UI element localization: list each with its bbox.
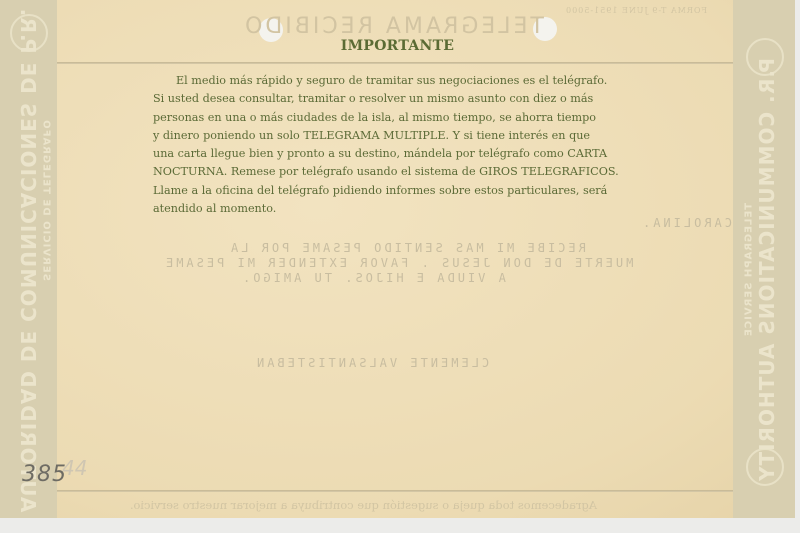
show-through-form-title: TELEGRAMA RECIBIDO — [242, 14, 544, 39]
notice-line: atendido al momento. — [153, 200, 656, 218]
show-through-message-line-1: RECIBE MI MAS SENTIDO PESAME POR LA — [228, 241, 586, 255]
left-side-band: AUTORIDAD DE COMUNICACIONES DE P.R. SERV… — [0, 0, 57, 518]
top-rule — [57, 62, 733, 64]
right-side-band: P.R. COMMUNICATIONS AUTHORITY TELEGRAPH … — [733, 0, 795, 518]
notice-line: y dinero poniendo un solo TELEGRAMA MULT… — [153, 127, 656, 145]
show-through-signature: CLEMENTE VALSANTISTEBAN — [254, 356, 489, 370]
notice-line: personas en una o más ciudades de la isl… — [153, 109, 656, 127]
notice-heading: IMPORTANTE — [0, 38, 795, 54]
telegram-form-sheet: AUTORIDAD DE COMUNICACIONES DE P.R. SERV… — [0, 0, 795, 518]
notice-line: Si usted desea consultar, tramitar o res… — [153, 90, 656, 108]
right-band-authority-text: P.R. COMMUNICATIONS AUTHORITY — [755, 58, 779, 482]
show-through-form-code: FORMA T-9 JUNE 1951-5000 — [565, 6, 707, 15]
notice-line: Llame a la oficina del telégrafo pidiend… — [153, 182, 656, 200]
left-band-service-text: SERVICIO DE TELEGRAFO — [41, 119, 52, 281]
notice-line: NOCTURNA. Remese por telégrafo usando el… — [153, 163, 656, 181]
notice-body: El medio más rápido y seguro de tramitar… — [176, 72, 656, 218]
bottom-rule — [57, 490, 733, 492]
show-through-footer: Agradecemos toda queja o sugestión que c… — [130, 498, 597, 512]
right-band-service-text: TELEGRAPH SERVICE — [744, 203, 755, 337]
notice-line: una carta llegue bien y pronto a su dest… — [153, 145, 656, 163]
handwritten-number: 385 — [22, 462, 67, 487]
left-band-authority-text: AUTORIDAD DE COMUNICACIONES DE P.R. — [16, 8, 40, 513]
show-through-message-line-2: MUERTE DE DON JESUS . FAVOR EXTENDER MI … — [163, 256, 633, 270]
notice-line: El medio más rápido y seguro de tramitar… — [176, 72, 656, 90]
show-through-message-line-3: A VIUDA E HIJOS. TU AMIGO. — [240, 271, 506, 285]
